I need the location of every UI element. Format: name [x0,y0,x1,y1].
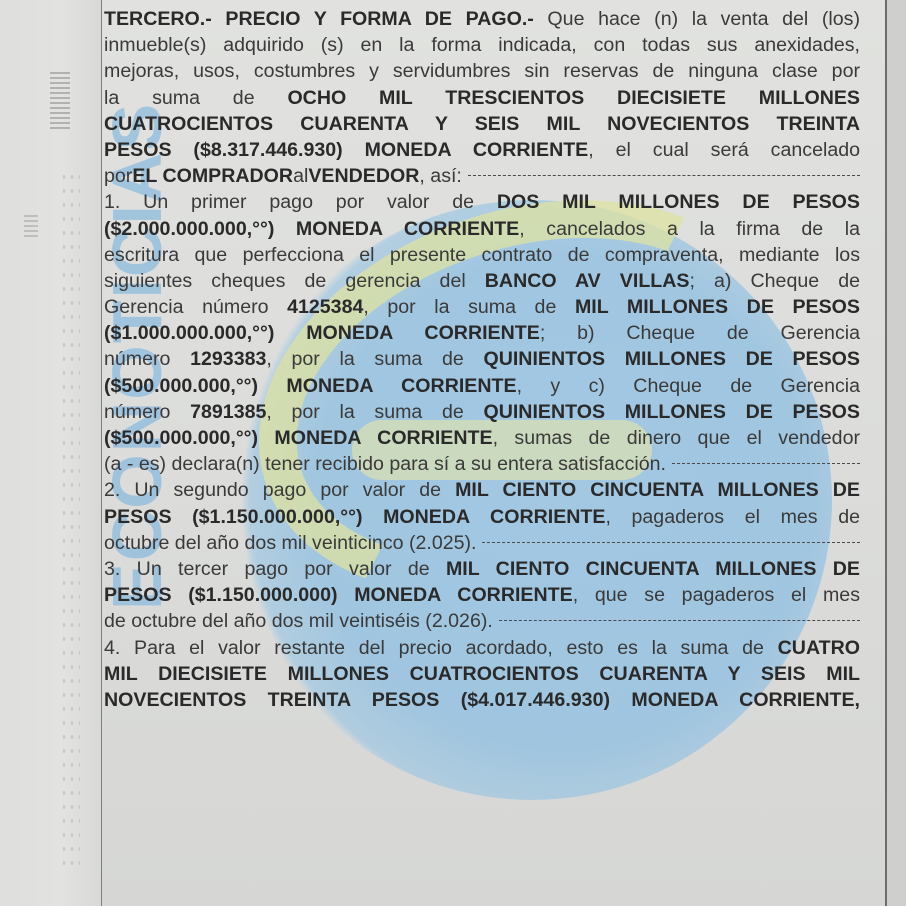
document-line: número 1293383, por la suma de QUINIENTO… [104,346,860,372]
bold-text: QUINIENTOS MILLONES DE PESOS [483,401,860,423]
document-line: ($500.000.000,°°) MONEDA CORRIENTE, y c)… [104,373,860,399]
text: al [293,163,308,189]
document-line: 2. Un segundo pago por valor de MIL CIEN… [104,477,860,503]
bold-text: ($500.000.000,°°) MONEDA CORRIENTE [104,375,517,397]
bold-text: ($1.000.000.000,°°) MONEDA CORRIENTE [104,322,540,344]
bold-text: ($2.000.000.000,°°) MONEDA CORRIENTE [104,218,519,240]
right-page-edge [887,0,906,906]
fill-dashes [672,463,860,464]
text: , el cual será cancelado [588,139,860,161]
text: , sumas de dinero que el vendedor [493,427,860,449]
text: inmueble(s) adquirido (s) en la forma in… [104,34,860,56]
document-line: PESOS ($1.150.000.000) MONEDA CORRIENTE,… [104,582,860,608]
bold-text: ($500.000.000,°°) MONEDA CORRIENTE [104,427,493,449]
bold-text: 1293383 [190,348,266,370]
document-line: ($1.000.000.000,°°) MONEDA CORRIENTE; b)… [104,320,860,346]
text: , que se pagaderos el mes [573,584,860,606]
document-line: TERCERO.- PRECIO Y FORMA DE PAGO.- Que h… [104,6,860,32]
bold-text: MIL CIENTO CINCUENTA MILLONES DE [446,558,860,580]
document-line: por EL COMPRADOR al VENDEDOR, así: [104,163,860,189]
text: mejoras, usos, costumbres y servidumbres… [104,60,860,82]
document-page: ECONOTICIAS TERCERO.- PRECIO Y FORMA DE … [102,0,885,906]
bold-text: PESOS ($1.150.000.000,°°) MONEDA CORRIEN… [104,506,605,528]
document-line: la suma de OCHO MIL TRESCIENTOS DIECISIE… [104,85,860,111]
text: 2. Un segundo pago por valor de [104,479,455,501]
text: (a - es) declara(n) tener recibido para … [104,451,666,477]
document-line: (a - es) declara(n) tener recibido para … [104,451,860,477]
bold-text: MIL MILLONES DE PESOS [575,296,860,318]
fill-dashes [482,542,860,543]
left-margin [0,0,102,906]
bold-text: CUATROCIENTOS CUARENTA Y SEIS MIL NOVECI… [104,113,860,135]
margin-stamp-mark [50,72,70,132]
bold-text: 4125384 [287,296,363,318]
text: Gerencia número [104,296,287,318]
text: , así: [419,163,461,189]
text: , y c) Cheque de Gerencia [517,375,860,397]
text: siguientes cheques de gerencia del [104,270,485,292]
bold-text: MIL DIECISIETE MILLONES CUATROCIENTOS CU… [104,663,860,685]
text: 1. Un primer pago por valor de [104,191,497,213]
fill-dashes [499,620,860,621]
text: , por la suma de [266,348,483,370]
text: de octubre del año dos mil veintiséis (2… [104,608,493,634]
document-line: número 7891385, por la suma de QUINIENTO… [104,399,860,425]
document-line: octubre del año dos mil veinticinco (2.0… [104,530,860,556]
text: Que hace (n) la venta del (los) [534,8,860,30]
document-line: 3. Un tercer pago por valor de MIL CIENT… [104,556,860,582]
margin-perforation-dots [60,170,80,870]
document-line: siguientes cheques de gerencia del BANCO… [104,268,860,294]
document-line: PESOS ($8.317.446.930) MONEDA CORRIENTE,… [104,137,860,163]
bold-text: NOVECIENTOS TREINTA PESOS ($4.017.446.93… [104,689,860,711]
document-line: ($500.000.000,°°) MONEDA CORRIENTE, suma… [104,425,860,451]
text: por [104,163,132,189]
bold-text: DOS MIL MILLONES DE PESOS [497,191,860,213]
bold-text: PESOS ($8.317.446.930) MONEDA CORRIENTE [104,139,588,161]
clause-heading: TERCERO.- PRECIO Y FORMA DE PAGO.- [104,8,534,30]
document-line: MIL DIECISIETE MILLONES CUATROCIENTOS CU… [104,661,860,687]
text: 4. Para el valor restante del precio aco… [104,637,778,659]
document-line: CUATROCIENTOS CUARENTA Y SEIS MIL NOVECI… [104,111,860,137]
text: ; b) Cheque de Gerencia [540,322,860,344]
bold-text: PESOS ($1.150.000.000) MONEDA CORRIENTE [104,584,573,606]
bold-text: EL COMPRADOR [132,163,293,189]
text: número [104,401,190,423]
document-line: NOVECIENTOS TREINTA PESOS ($4.017.446.93… [104,687,860,713]
document-line: escritura que perfecciona el presente co… [104,242,860,268]
text: ; a) Cheque de [689,270,860,292]
document-line: mejoras, usos, costumbres y servidumbres… [104,58,860,84]
text: , por la suma de [363,296,575,318]
document-line: Gerencia número 4125384, por la suma de … [104,294,860,320]
fill-dashes [468,175,860,176]
bold-text: VENDEDOR [308,163,419,189]
bold-text: QUINIENTOS MILLONES DE PESOS [483,348,860,370]
document-body: TERCERO.- PRECIO Y FORMA DE PAGO.- Que h… [104,6,860,713]
bold-text: 7891385 [190,401,266,423]
text: la suma de [104,87,287,109]
text: , cancelados a la firma de la [519,218,860,240]
text: octubre del año dos mil veinticinco (2.0… [104,530,476,556]
bold-text: CUATRO [778,637,860,659]
bold-text: OCHO MIL TRESCIENTOS DIECISIETE MILLONES [287,87,860,109]
margin-stamp-mark-small [24,215,38,237]
document-line: 4. Para el valor restante del precio aco… [104,635,860,661]
bold-text: MIL CIENTO CINCUENTA MILLONES DE [455,479,860,501]
document-line: inmueble(s) adquirido (s) en la forma in… [104,32,860,58]
text: , pagaderos el mes de [605,506,860,528]
bold-text: BANCO AV VILLAS [485,270,690,292]
document-line: PESOS ($1.150.000.000,°°) MONEDA CORRIEN… [104,504,860,530]
text: , por la suma de [266,401,483,423]
document-line: 1. Un primer pago por valor de DOS MIL M… [104,189,860,215]
document-line: de octubre del año dos mil veintiséis (2… [104,608,860,634]
document-line: ($2.000.000.000,°°) MONEDA CORRIENTE, ca… [104,216,860,242]
text: número [104,348,190,370]
text: escritura que perfecciona el presente co… [104,244,860,266]
text: 3. Un tercer pago por valor de [104,558,446,580]
